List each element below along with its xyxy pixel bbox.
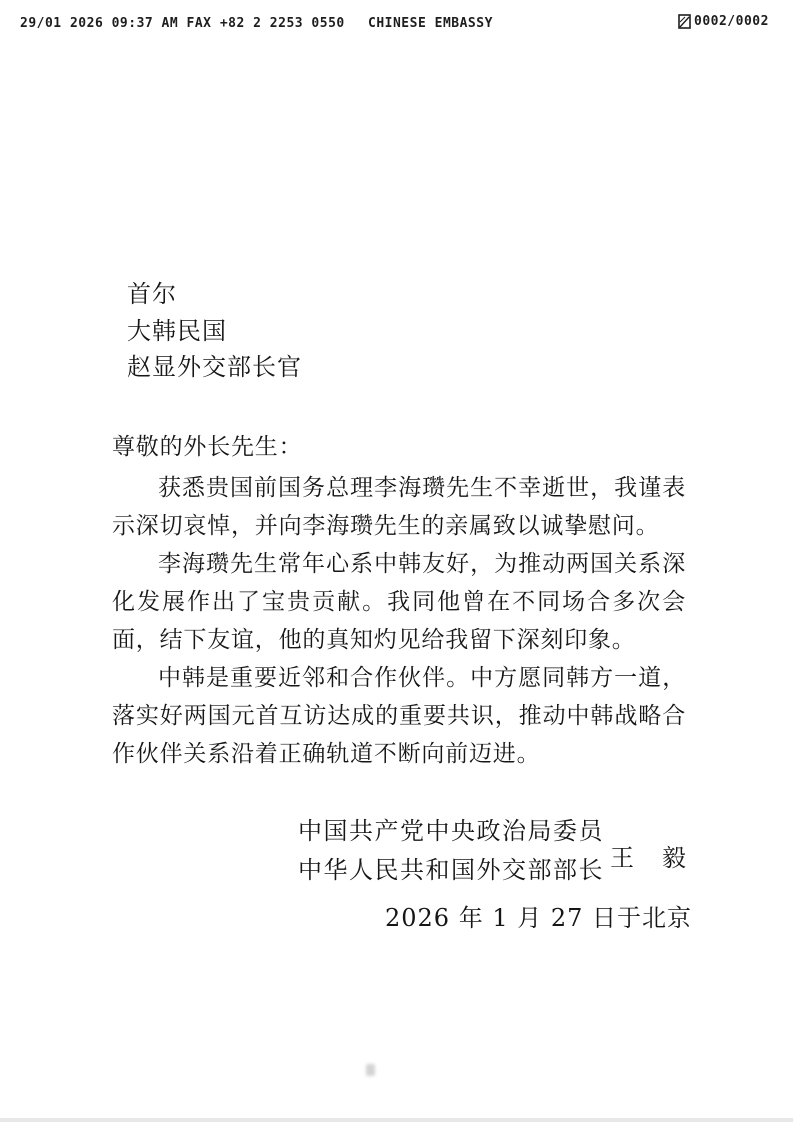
scan-artifact-speck xyxy=(366,1064,375,1076)
recipient-country: 大韩民国 xyxy=(127,313,302,350)
fax-timestamp-number: 29/01 2026 09:37 AM FAX +82 2 2253 0550 xyxy=(20,16,345,31)
recipient-city: 首尔 xyxy=(127,276,302,313)
signer-name: 王 毅 xyxy=(610,838,688,873)
signer-title-party: 中国共产党中央政治局委员 xyxy=(298,812,604,851)
recipient-name-title: 赵显外交部长官 xyxy=(127,349,302,386)
fax-page-icon xyxy=(678,14,691,29)
signer-title-minister: 中华人民共和国外交部部长 xyxy=(298,851,604,890)
paragraph-relations: 中韩是重要近邻和合作伙伴。中方愿同韩方一道，落实好两国元首互访达成的重要共识，推… xyxy=(112,659,686,773)
fax-transmission-header: 29/01 2026 09:37 AM FAX +82 2 2253 0550 … xyxy=(0,14,793,38)
paragraph-condolence: 获悉贵国前国务总理李海瓒先生不幸逝世，我谨表示深切哀悼，并向李海瓒先生的亲属致以… xyxy=(112,469,686,545)
fax-sender-name: CHINESE EMBASSY xyxy=(368,16,493,31)
recipient-block: 首尔 大韩民国 赵显外交部长官 xyxy=(127,276,302,386)
signer-titles: 中国共产党中央政治局委员 中华人民共和国外交部部长 xyxy=(298,812,604,890)
salutation: 尊敬的外长先生： xyxy=(112,428,686,466)
fax-page-counter: 0002/0002 xyxy=(694,14,769,29)
letter-body: 尊敬的外长先生： 获悉贵国前国务总理李海瓒先生不幸逝世，我谨表示深切哀悼，并向李… xyxy=(112,428,686,773)
dateline: 2026 年 1 月 27 日于北京 xyxy=(385,898,692,933)
scan-artifact-bottom-strip xyxy=(0,1118,793,1122)
fax-document-page: 29/01 2026 09:37 AM FAX +82 2 2253 0550 … xyxy=(0,0,793,1122)
fax-page-counter-group: 0002/0002 xyxy=(678,14,769,29)
paragraph-tribute: 李海瓒先生常年心系中韩友好，为推动两国关系深化发展作出了宝贵贡献。我同他曾在不同… xyxy=(112,545,686,659)
